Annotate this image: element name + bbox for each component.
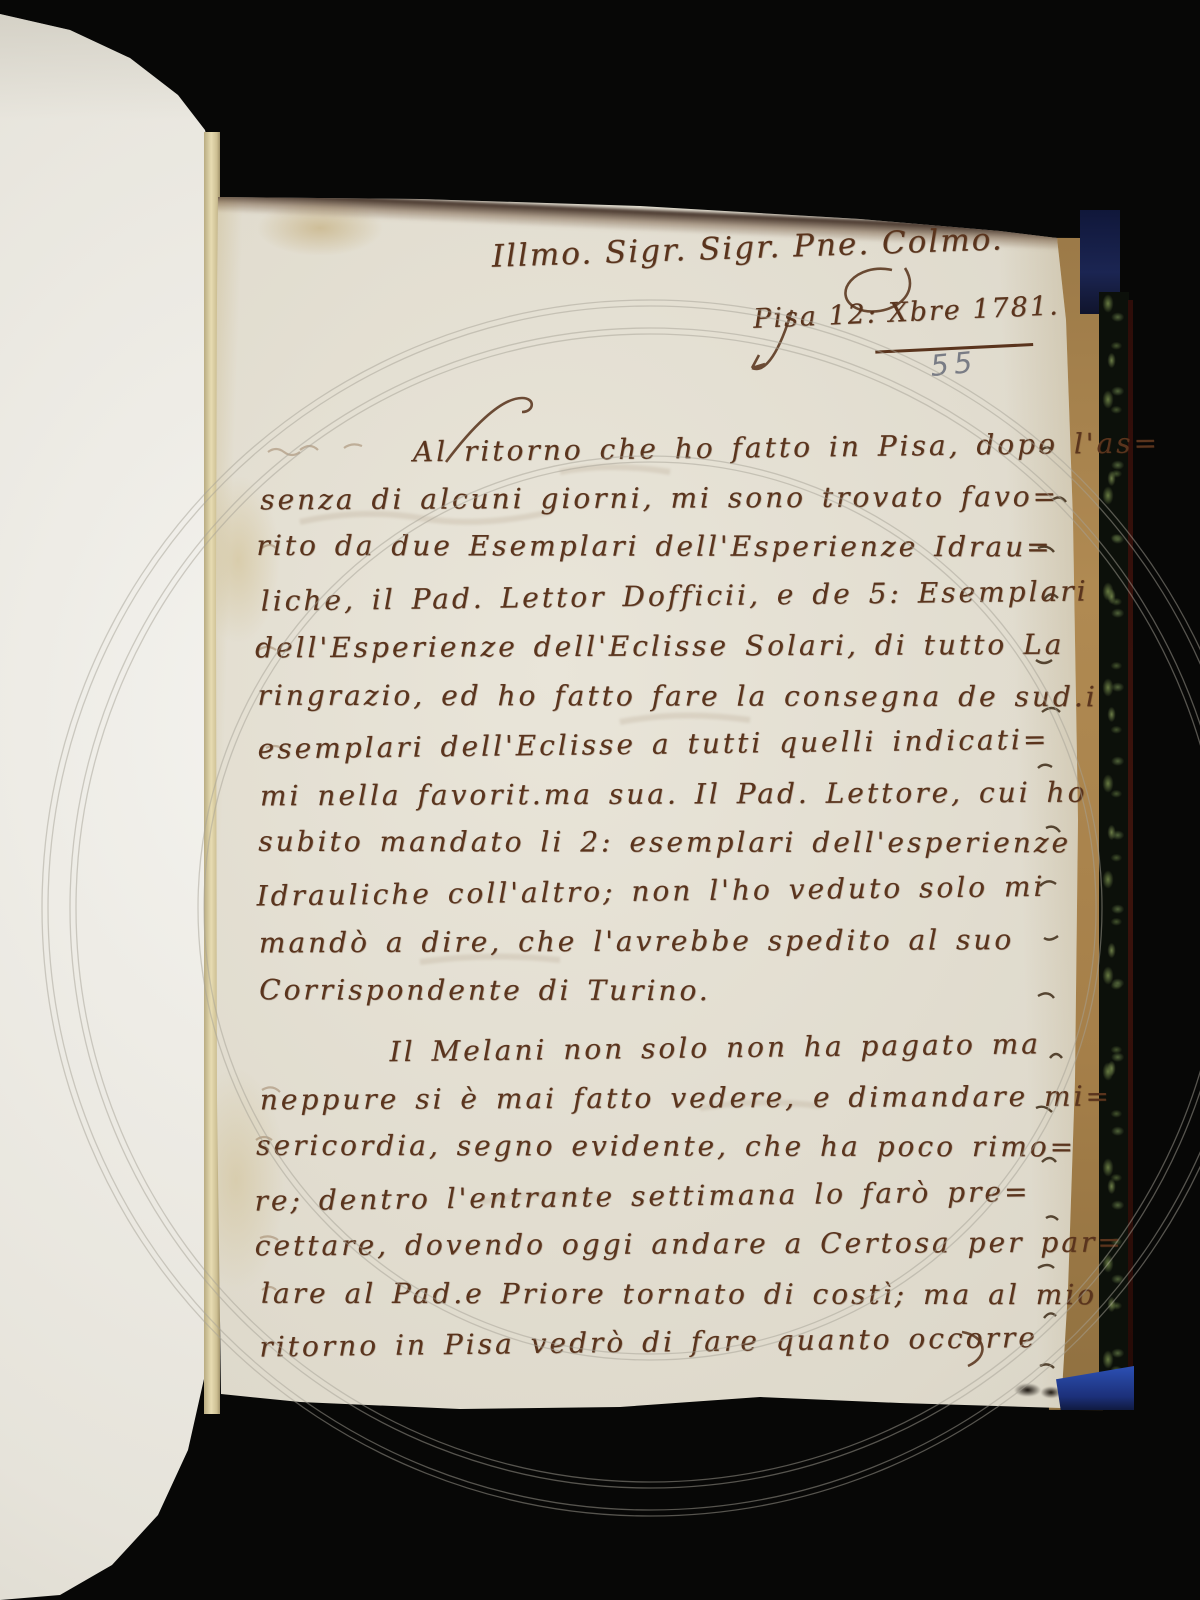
manuscript-line: mandò a dire, che l'avrebbe spedito al s…: [259, 923, 1015, 959]
manuscript-body: Al ritorno che ho fatto in Pisa, dopo l'…: [0, 0, 1195, 4]
manuscript-line: cettare, dovendo oggi andare a Certosa p…: [255, 1226, 1124, 1263]
salutation: Illmo. Sigr. Sigr. Pne. Colmo.: [491, 221, 1004, 274]
manuscript-line: subito mandato li 2: esemplari dell'espe…: [258, 825, 1071, 859]
manuscript-line: liche, il Pad. Lettor Dofficii, e de 5: …: [261, 574, 1089, 617]
manuscript-photo: Illmo. Sigr. Sigr. Pne. Colmo. Pisa 12: …: [0, 0, 1200, 1600]
manuscript-line: ritorno in Pisa vedrò di fare quanto occ…: [259, 1321, 1038, 1364]
manuscript-line: neppure si è mai fatto vedere, e dimanda…: [260, 1080, 1112, 1117]
manuscript-line: dell'Esperienze dell'Eclisse Solari, di …: [255, 628, 1064, 665]
manuscript-line: Il Melani non solo non ha pagato ma: [389, 1027, 1041, 1068]
manuscript-line: mi nella favorit.ma sua. Il Pad. Lettore…: [260, 776, 1088, 813]
page-number-pencil: 55: [929, 345, 979, 383]
manuscript-line: rito da due Esemplari dell'Esperienze Id…: [256, 529, 1052, 563]
manuscript-line: ringrazio, ed ho fatto fare la consegna …: [257, 679, 1097, 713]
manuscript-line: senza di alcuni giorni, mi sono trovato …: [260, 480, 1059, 516]
manuscript-ink-layer: Illmo. Sigr. Sigr. Pne. Colmo. Pisa 12: …: [0, 0, 1200, 1600]
manuscript-line: Idrauliche coll'altro; non l'ho veduto s…: [256, 870, 1045, 913]
place-date-line: Pisa 12: Xbre 1781.: [752, 290, 1060, 335]
manuscript-line: re; dentro l'entrante settimana lo farò …: [254, 1175, 1030, 1217]
manuscript-line: Corrispondente di Turino.: [259, 973, 711, 1007]
manuscript-line: Al ritorno che ho fatto in Pisa, dopo l'…: [413, 426, 1161, 468]
manuscript-line: lare al Pad.e Priore tornato di costì; m…: [261, 1277, 1097, 1311]
manuscript-line: sericordia, segno evidente, che ha poco …: [256, 1129, 1076, 1163]
manuscript-line: esemplari dell'Eclisse a tutti quelli in…: [257, 723, 1049, 766]
